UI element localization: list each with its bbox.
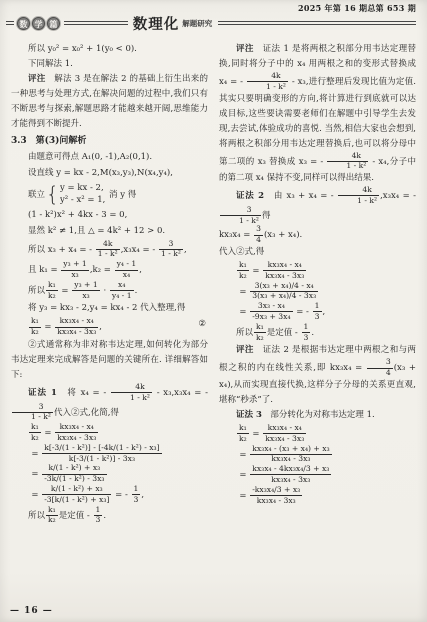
fraction: kx₃x₄ - x₄kx₃x₄ - 3x₃: [55, 317, 98, 337]
text-line: = -kx₃x₄/3 + x₃kx₃x₄ - 3x₃: [219, 486, 416, 506]
fraction: 31 - k²: [12, 403, 53, 423]
bold-label: 证法 1: [28, 388, 57, 398]
fraction: kx₃x₄ - x₄kx₃x₄ - 3x₃: [263, 261, 306, 281]
text-line: 证法 3 部分转化为对称韦达定理 1.: [219, 408, 416, 423]
text-line: = k/(1 - k²) + x₃-3[k/(1 - k²) + x₃] = -…: [11, 485, 208, 505]
fraction: k₁k₂: [29, 423, 41, 443]
bold-label: 评注: [236, 345, 254, 355]
fraction: 13: [132, 485, 141, 505]
fraction: 4k1 - k²: [247, 72, 288, 92]
text-line: 且 k₁ = y₃ + 1x₃,k₂ = y₄ - 1x₄,: [11, 260, 208, 280]
section-heading: 3.3 第(3)问解析: [11, 134, 208, 149]
text-line: 评注 证法 1 是将两根之积部分用韦达定理替换,同时将分子中的 x₄ 用两根之和…: [219, 42, 416, 186]
fraction: -kx₃x₄/3 + x₃kx₃x₄ - 3x₃: [250, 486, 302, 506]
text-line: = 3(x₃ + x₄)/4 - x₄3(x₃ + x₄)/4 - 3x₃: [219, 282, 416, 302]
fraction: 31 - k²: [220, 206, 261, 226]
fraction: kx₃x₄ - 4kx₃x₄/3 + x₃kx₃x₄ - 3x₃: [250, 465, 331, 485]
right-column: 评注 证法 1 是将两根之积部分用韦达定理替换,同时将分子中的 x₄ 用两根之和…: [219, 42, 416, 602]
text-line: 评注 解法 3 是在解法 2 的基础上衍生出来的一种思考与处理方式,在解决问题的…: [11, 72, 208, 132]
fraction: 34: [254, 225, 263, 245]
logo-badge-icon: 数: [17, 17, 30, 30]
text-line: = kx₃x₄ - (x₃ + x₄) + x₃kx₃x₄ - 3x₃: [219, 445, 416, 465]
text-line: 下同解法 1.: [11, 57, 208, 72]
fraction: kx₃x₄ - (x₃ + x₄) + x₃kx₃x₄ - 3x₃: [250, 445, 331, 465]
equation-system: {y = kx - 2,y² - x² = 1,: [46, 182, 105, 207]
fraction: 13: [94, 506, 103, 526]
text-line: 所以k₁k₂ = y₃ + 1x₃ · x₄y₄ - 1.: [11, 281, 208, 301]
fraction: k₁k₂: [237, 424, 249, 444]
fraction: 4k1 - k²: [338, 186, 379, 206]
fraction: y₃ + 1x₃: [61, 260, 89, 280]
header-rule-left-tick: [6, 21, 14, 25]
text-line: k₁k₂ = kx₃x₄ - x₄kx₃x₄ - 3x₃,②: [11, 317, 208, 337]
text-line: 证法 1 将 x₄ = - 4k1 - k² - x₃,x₃x₄ = - 31 …: [11, 383, 208, 422]
article-body: 所以 y₀² = x₀² + 1(y₀ < 0).下同解法 1.评注 解法 3 …: [0, 36, 427, 602]
text-line: k₁k₂ = kx₃x₄ - x₄kx₃x₄ - 3x₃: [11, 423, 208, 443]
fraction: k[-3/(1 - k²)] - [-4k/(1 - k²) - x₃]k[-3…: [42, 444, 161, 464]
fraction: k₁k₂: [237, 261, 249, 281]
text-line: 设直线 y = kx - 2,M(x₃,y₃),N(x₄,y₄),: [11, 166, 208, 181]
fraction: x₄y₄ - 1: [110, 281, 134, 301]
header-rule-left: [64, 21, 128, 25]
text-line: = 3x₃ - x₄-9x₃ + 3x₄ = - 13,: [219, 302, 416, 322]
logo-badge-icon: 篇: [47, 17, 60, 30]
text-line: = kx₃x₄ - 4kx₃x₄/3 + x₃kx₃x₄ - 3x₃: [219, 465, 416, 485]
fraction: 3(x₃ + x₄)/4 - x₄3(x₃ + x₄)/4 - 3x₃: [250, 282, 318, 302]
text-line: k₁k₂ = kx₃x₄ - x₄kx₃x₄ - 3x₃: [219, 424, 416, 444]
fraction: k/(1 - k²) + x₃-3[k/(1 - k²) + x₃]: [42, 485, 111, 505]
fraction: y₃ + 1x₃: [72, 281, 100, 301]
page-header: 2025 年第 16 期总第 653 期 数 学 篇 数理化 解题研究: [0, 0, 427, 36]
text-line: 所以k₁k₂是定值 - 13.: [219, 323, 416, 343]
fraction: k₁k₂: [46, 506, 58, 526]
bold-label: 评注: [28, 74, 46, 84]
fraction: 13: [302, 323, 311, 343]
logo-badge-icon: 学: [32, 17, 45, 30]
text-line: 联立{y = kx - 2,y² - x² = 1, 消 y 得: [11, 182, 208, 207]
bold-label: 评注: [236, 44, 254, 54]
fraction: k₁k₂: [46, 281, 58, 301]
fraction: 34: [367, 358, 393, 378]
text-line: 将 y₃ = kx₃ - 2,y₄ = kx₄ - 2 代入整理,得: [11, 301, 208, 316]
left-column: 所以 y₀² = x₀² + 1(y₀ < 0).下同解法 1.评注 解法 3 …: [11, 42, 208, 602]
journal-title: 数理化: [133, 13, 180, 34]
fraction: y₄ - 1x₄: [115, 260, 139, 280]
fraction: 4k1 - k²: [327, 152, 368, 172]
journal-logo: 数 学 篇: [17, 17, 60, 30]
text-line: 显然 k² ≠ 1,且 △ = 4k² + 12 > 0.: [11, 224, 208, 239]
text-line: = k[-3/(1 - k²)] - [-4k/(1 - k²) - x₃]k[…: [11, 444, 208, 464]
fraction: k/(1 - k²) + x₃-3k/(1 - k²) - 3x₃: [42, 464, 106, 484]
fraction: 3x₃ - x₄-9x₃ + 3x₄: [250, 302, 292, 322]
fraction: k₁k₂: [254, 323, 266, 343]
text-line: 证法 2 由 x₃ + x₄ = - 4k1 - k²,x₃x₄ = - 31 …: [219, 186, 416, 225]
fraction: 31 - k²: [159, 240, 183, 260]
text-line: 代入②式,得: [219, 245, 416, 260]
text-line: 由题意可得点 A₁(0, -1),A₂(0,1).: [11, 150, 208, 165]
fraction: kx₃x₄ - x₄kx₃x₄ - 3x₃: [263, 424, 306, 444]
brace-glyph: {: [46, 186, 59, 203]
text-line: 所以 y₀² = x₀² + 1(y₀ < 0).: [11, 42, 208, 57]
bold-label: 证法 2: [236, 191, 264, 201]
journal-page: 2025 年第 16 期总第 653 期 数 学 篇 数理化 解题研究 所以 y…: [0, 0, 427, 622]
text-line: ②式通常称为非对称韦达定理,如何转化为部分韦达定理来完成解答是问题的关键所在. …: [11, 338, 208, 383]
page-number: — 16 —: [10, 606, 53, 616]
journal-subtitle: 解题研究: [182, 18, 212, 29]
fraction: 13: [313, 302, 322, 322]
bold-label: 证法 3: [236, 410, 262, 420]
header-rule-right: [218, 21, 416, 25]
fraction: 4k1 - k²: [96, 240, 120, 260]
fraction: 4k1 - k²: [111, 383, 152, 403]
text-line: 评注 证法 2 是根据韦达定理中两根之和与两根之积的内在线性关系,即 kx₃x₄…: [219, 343, 416, 408]
text-line: kx₃x₄ = 34(x₃ + x₄).: [219, 225, 416, 245]
text-line: 所以 x₃ + x₄ = - 4k1 - k²,x₃x₄ = - 31 - k²…: [11, 240, 208, 260]
text-line: 所以k₁k₂是定值 - 13.: [11, 506, 208, 526]
text-line: k₁k₂ = kx₃x₄ - x₄kx₃x₄ - 3x₃: [219, 261, 416, 281]
fraction: kx₃x₄ - x₄kx₃x₄ - 3x₃: [55, 423, 98, 443]
text-line: (1 - k²)x² + 4kx - 3 = 0,: [11, 208, 208, 223]
fraction: k₁k₂: [29, 317, 41, 337]
equation-number: ②: [198, 317, 206, 332]
text-line: = k/(1 - k²) + x₃-3k/(1 - k²) - 3x₃: [11, 464, 208, 484]
